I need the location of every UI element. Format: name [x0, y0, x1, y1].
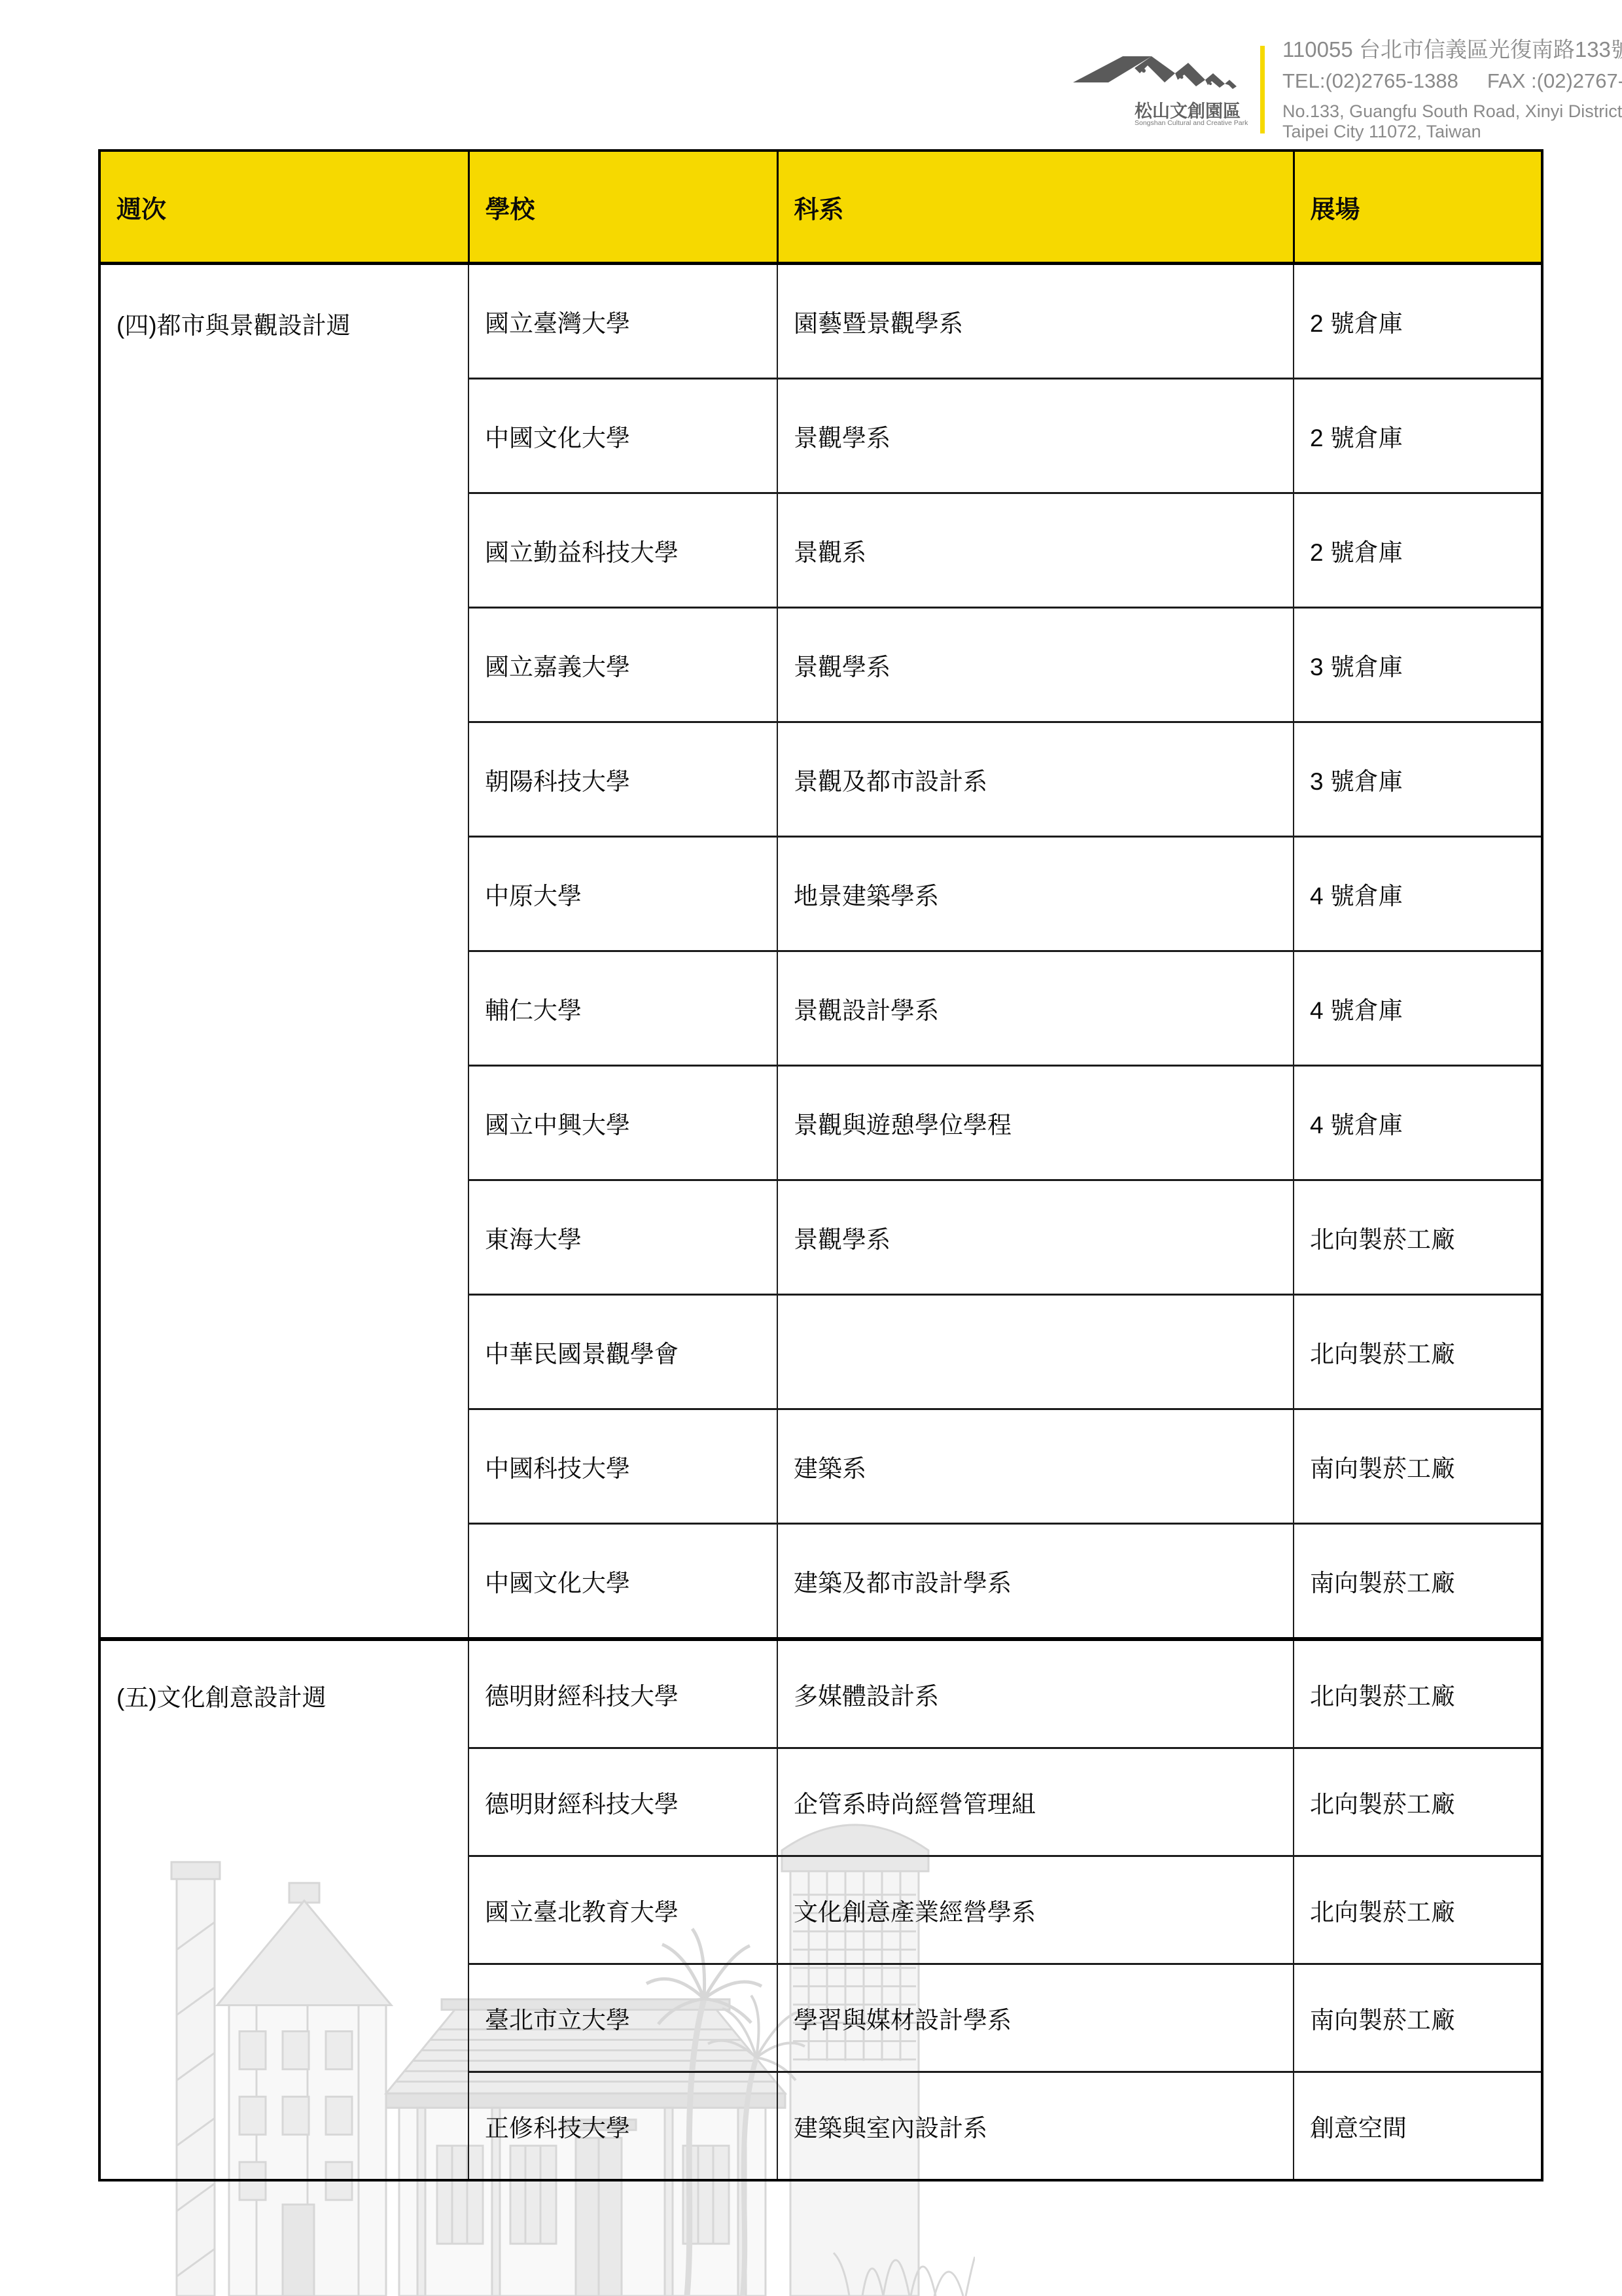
- header-row: 週次 學校 科系 展場: [99, 150, 1542, 264]
- venue-cell: 2 號倉庫: [1294, 264, 1542, 379]
- week-cell: (五)文化創意設計週: [99, 1639, 468, 2180]
- songshan-logo: 松山文創園區 Songshan Cultural and Creative Pa…: [1067, 13, 1243, 137]
- column-header-week: 週次: [99, 150, 468, 264]
- venue-cell: 北向製菸工廠: [1294, 1856, 1542, 1964]
- venue-cell: 2 號倉庫: [1294, 379, 1542, 493]
- table-row: (四)都市與景觀設計週國立臺灣大學園藝暨景觀學系2 號倉庫: [99, 264, 1542, 379]
- table-row: (五)文化創意設計週德明財經科技大學多媒體設計系北向製菸工廠: [99, 1639, 1542, 1748]
- venue-cell: 北向製菸工廠: [1294, 1295, 1542, 1409]
- column-header-venue: 展場: [1294, 150, 1542, 264]
- department-cell: 景觀系: [777, 493, 1294, 608]
- department-cell: 建築及都市設計學系: [777, 1524, 1294, 1640]
- department-cell: 企管系時尚經營管理組: [777, 1748, 1294, 1856]
- venue-cell: 南向製菸工廠: [1294, 1964, 1542, 2072]
- roofline-icon: [1072, 51, 1237, 89]
- venue-cell: 南向製菸工廠: [1294, 1409, 1542, 1524]
- department-cell: 景觀學系: [777, 379, 1294, 493]
- school-cell: 東海大學: [468, 1180, 777, 1295]
- school-cell: 國立中興大學: [468, 1066, 777, 1180]
- department-cell: [777, 1295, 1294, 1409]
- school-cell: 中國科技大學: [468, 1409, 777, 1524]
- school-cell: 朝陽科技大學: [468, 722, 777, 837]
- school-cell: 國立嘉義大學: [468, 608, 777, 722]
- venue-cell: 2 號倉庫: [1294, 493, 1542, 608]
- school-cell: 國立臺灣大學: [468, 264, 777, 379]
- department-cell: 景觀設計學系: [777, 951, 1294, 1066]
- address-block: 110055 台北市信義區光復南路133號 TEL:(02)2765-1388F…: [1282, 37, 1583, 142]
- week-cell: (四)都市與景觀設計週: [99, 264, 468, 1640]
- address-line-en-1: No.133, Guangfu South Road, Xinyi Distri…: [1282, 101, 1583, 122]
- document-page: 松山文創園區 Songshan Cultural and Creative Pa…: [0, 0, 1622, 2296]
- venue-cell: 創意空間: [1294, 2072, 1542, 2181]
- venue-cell: 3 號倉庫: [1294, 608, 1542, 722]
- venue-cell: 4 號倉庫: [1294, 837, 1542, 951]
- venue-cell: 4 號倉庫: [1294, 1066, 1542, 1180]
- venue-cell: 北向製菸工廠: [1294, 1639, 1542, 1748]
- school-cell: 中國文化大學: [468, 379, 777, 493]
- tel-number: TEL:(02)2765-1388: [1282, 69, 1458, 92]
- exhibition-schedule-table: 週次 學校 科系 展場 (四)都市與景觀設計週國立臺灣大學園藝暨景觀學系2 號倉…: [98, 149, 1543, 2181]
- school-cell: 輔仁大學: [468, 951, 777, 1066]
- venue-cell: 南向製菸工廠: [1294, 1524, 1542, 1640]
- department-cell: 學習與媒材設計學系: [777, 1964, 1294, 2072]
- school-cell: 中原大學: [468, 837, 777, 951]
- school-cell: 德明財經科技大學: [468, 1748, 777, 1856]
- department-cell: 景觀學系: [777, 1180, 1294, 1295]
- venue-cell: 3 號倉庫: [1294, 722, 1542, 837]
- venue-cell: 北向製菸工廠: [1294, 1180, 1542, 1295]
- department-cell: 景觀及都市設計系: [777, 722, 1294, 837]
- department-cell: 地景建築學系: [777, 837, 1294, 951]
- school-cell: 德明財經科技大學: [468, 1639, 777, 1748]
- department-cell: 文化創意產業經營學系: [777, 1856, 1294, 1964]
- fax-number: FAX :(02)2767-1823: [1487, 69, 1622, 92]
- department-cell: 景觀與遊憩學位學程: [777, 1066, 1294, 1180]
- department-cell: 景觀學系: [777, 608, 1294, 722]
- school-cell: 中國文化大學: [468, 1524, 777, 1640]
- exhibition-table-body: (四)都市與景觀設計週國立臺灣大學園藝暨景觀學系2 號倉庫中國文化大學景觀學系2…: [99, 264, 1542, 2181]
- department-cell: 建築與室內設計系: [777, 2072, 1294, 2181]
- address-line-zh: 110055 台北市信義區光復南路133號: [1282, 37, 1583, 63]
- department-cell: 多媒體設計系: [777, 1639, 1294, 1748]
- venue-cell: 4 號倉庫: [1294, 951, 1542, 1066]
- address-tel-fax: TEL:(02)2765-1388FAX :(02)2767-1823: [1282, 69, 1583, 93]
- venue-cell: 北向製菸工廠: [1294, 1748, 1542, 1856]
- school-cell: 臺北市立大學: [468, 1964, 777, 2072]
- department-cell: 園藝暨景觀學系: [777, 264, 1294, 379]
- column-header-department: 科系: [777, 150, 1294, 264]
- school-cell: 國立臺北教育大學: [468, 1856, 777, 1964]
- department-cell: 建築系: [777, 1409, 1294, 1524]
- yellow-divider: [1260, 46, 1265, 133]
- column-header-school: 學校: [468, 150, 777, 264]
- letterhead: 松山文創園區 Songshan Cultural and Creative Pa…: [1067, 13, 1583, 144]
- table-header: 週次 學校 科系 展場: [99, 150, 1542, 264]
- logo-subtitle: Songshan Cultural and Creative Park: [1135, 119, 1246, 127]
- school-cell: 正修科技大學: [468, 2072, 777, 2181]
- school-cell: 國立勤益科技大學: [468, 493, 777, 608]
- address-line-en-2: Taipei City 11072, Taiwan: [1282, 122, 1583, 142]
- school-cell: 中華民國景觀學會: [468, 1295, 777, 1409]
